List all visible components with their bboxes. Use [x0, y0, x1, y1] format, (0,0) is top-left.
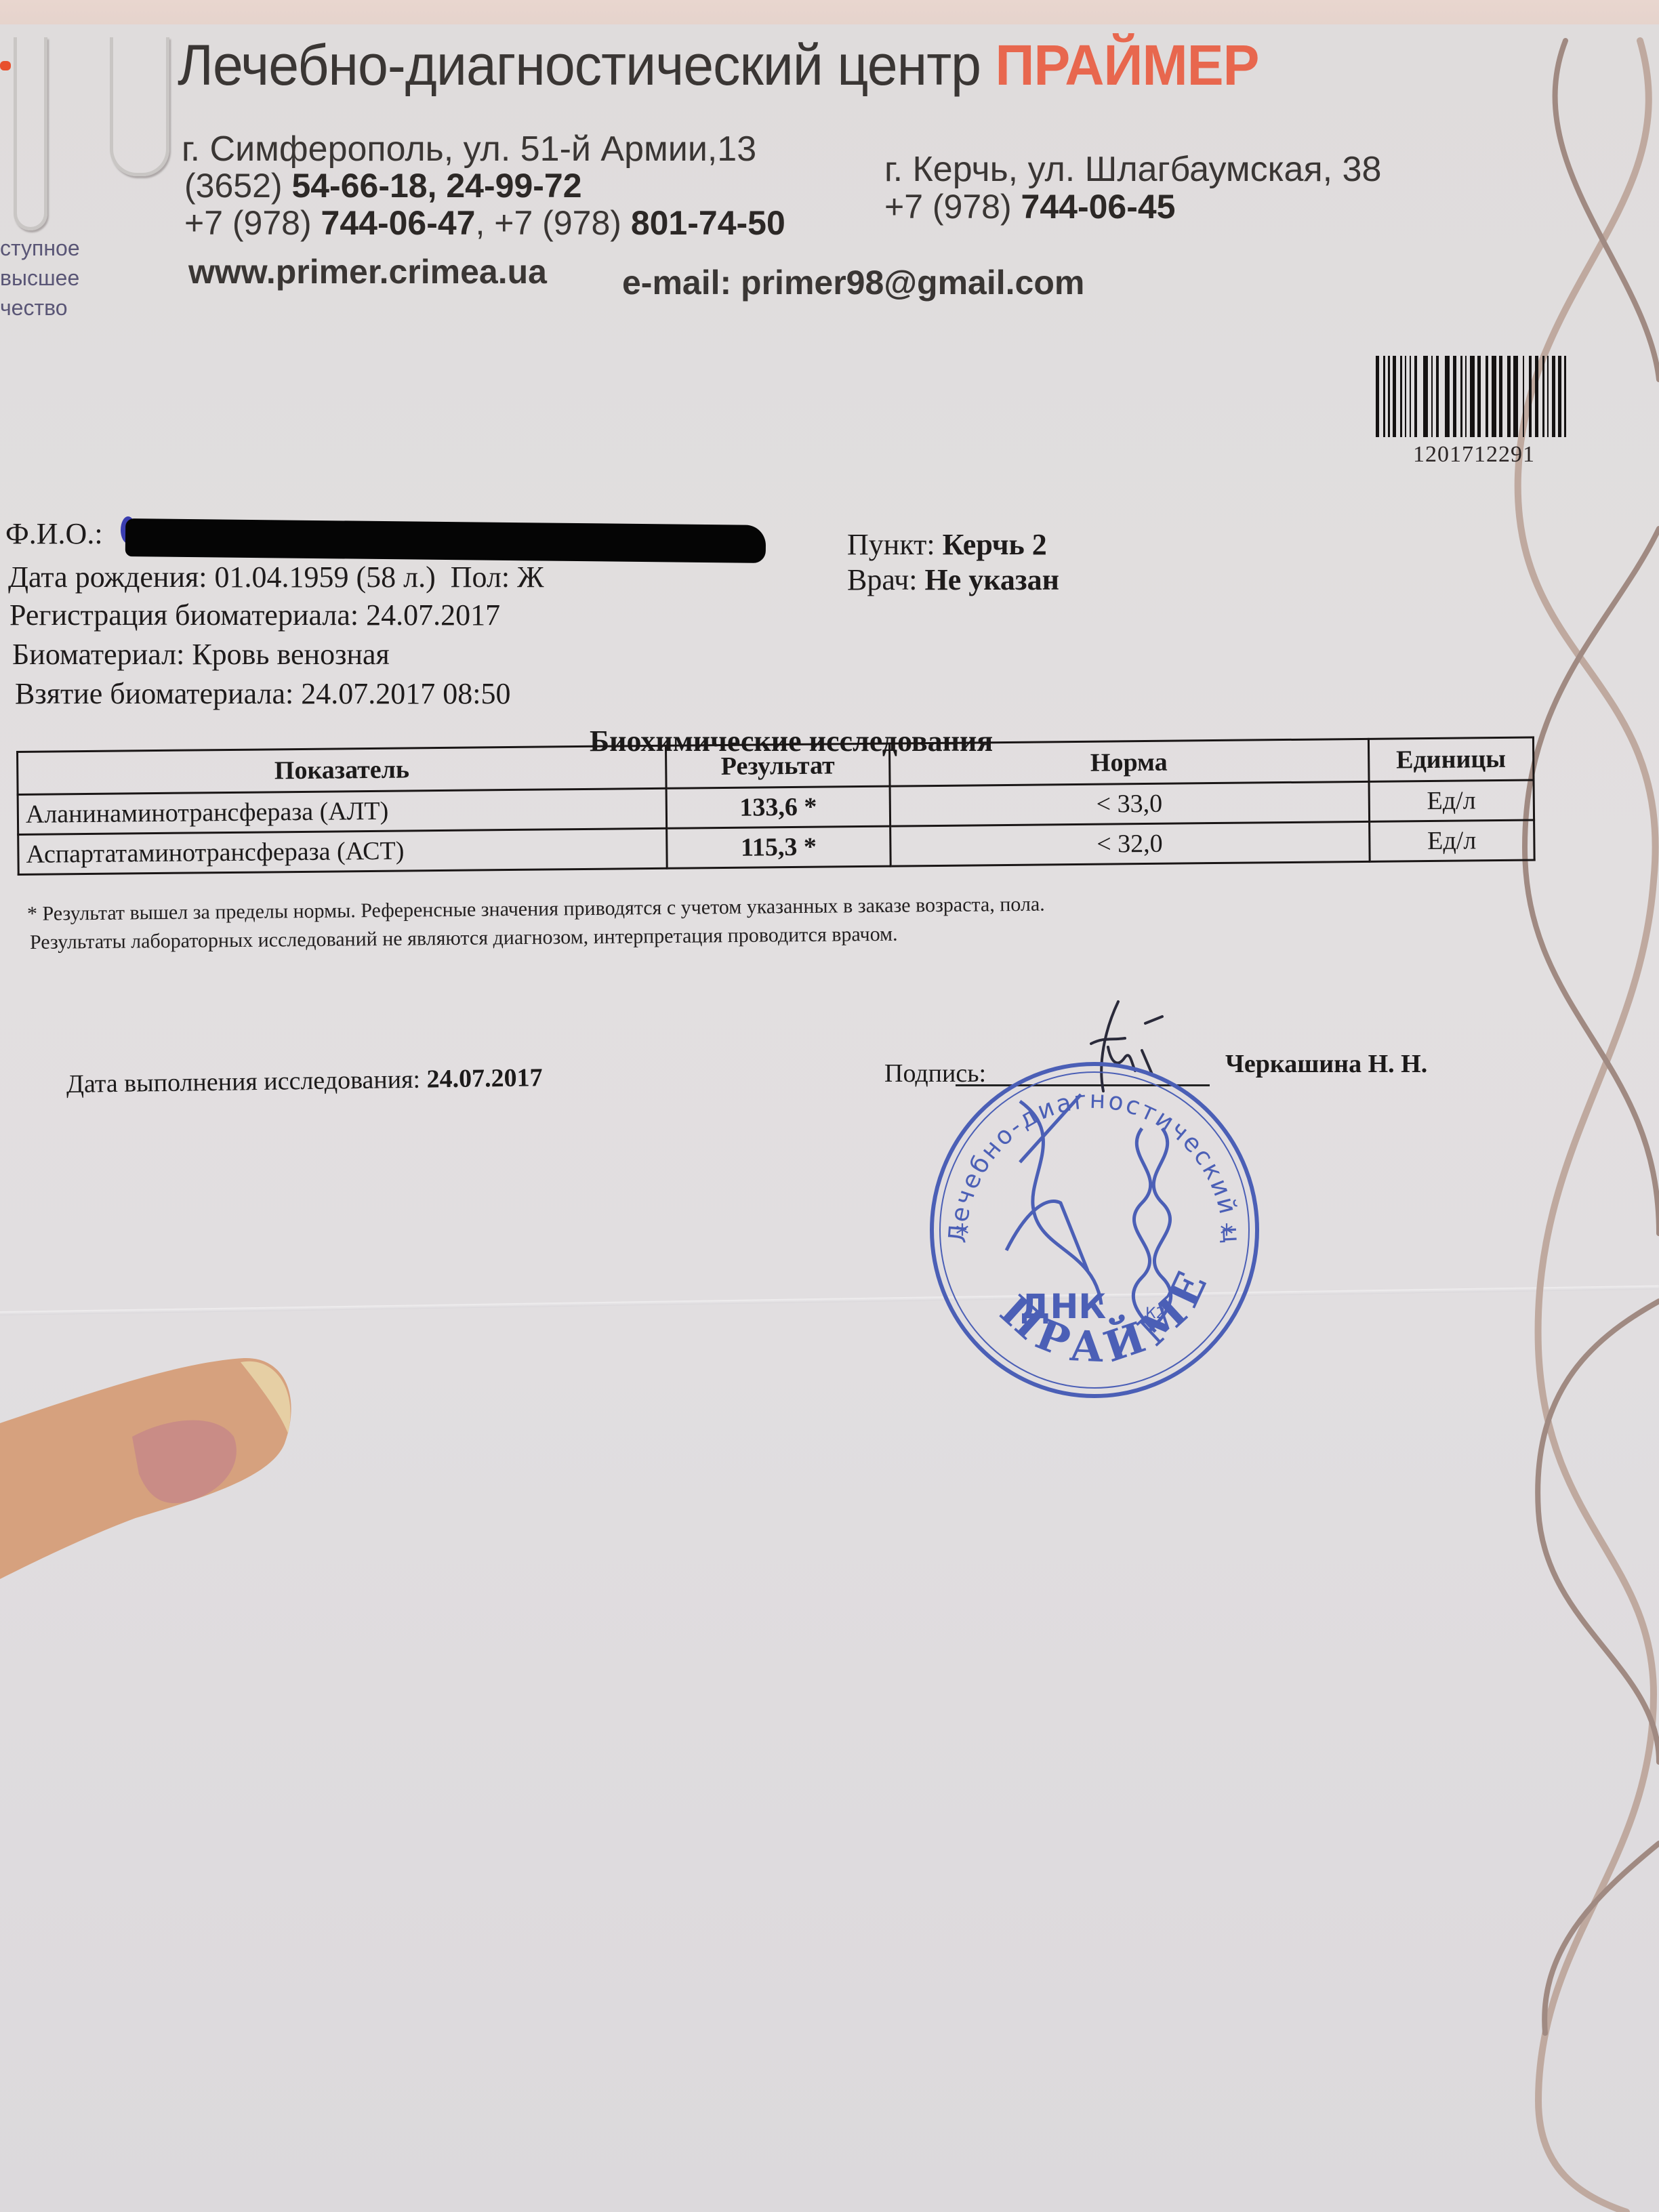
field-value: 24.07.2017	[366, 598, 500, 632]
field-value: Кровь венозная	[192, 638, 389, 671]
barcode-bar	[1423, 356, 1428, 437]
field-label: Дата выполнения исследования:	[66, 1065, 421, 1099]
patient-name-label: Ф.И.О.:	[5, 516, 103, 551]
barcode-bar	[1486, 356, 1489, 437]
column-header: Показатель	[18, 745, 667, 794]
barcode-bar	[1460, 356, 1462, 437]
phone-code: , +7 (978)	[476, 204, 621, 242]
barcode-bar	[1499, 356, 1502, 437]
barcode-bar	[1431, 356, 1433, 437]
barcode-bar	[1400, 356, 1401, 437]
clinic-title: Лечебно-диагностический центр ПРАЙМЕР	[178, 33, 1258, 98]
result-value: 133,6 *	[666, 786, 890, 828]
field-label: Пункт:	[847, 528, 935, 561]
barcode-number: 1201712291	[1413, 442, 1535, 468]
slogan-line: чество	[0, 293, 80, 323]
indicator-name: Аспартатаминотрансфераза (АСТ)	[18, 828, 668, 874]
lab-report-sheet	[0, 24, 1659, 2212]
column-header: Норма	[889, 739, 1369, 786]
field-value: 24.07.2017 08:50	[301, 677, 510, 710]
barcode-bar	[1436, 356, 1439, 437]
kerch-phone: +7 (978) 744-06-45	[884, 187, 1176, 226]
phone-code: (3652)	[184, 167, 283, 205]
norm-value: < 32,0	[890, 821, 1370, 866]
barcode-bar	[1564, 356, 1565, 437]
barcode-bar	[1542, 356, 1544, 437]
slogan-line: высшее	[0, 263, 80, 293]
simferopol-phones: (3652) 54-66-18, 24-99-72	[184, 166, 582, 205]
barcode-bar	[1410, 356, 1411, 437]
field-value: Ж	[517, 560, 544, 594]
barcode-bar	[1529, 356, 1532, 437]
stamp-ring-text: Лечебно-диагностический центр	[918, 1047, 1245, 1246]
doctor: Врач: Не указан	[847, 562, 1059, 597]
barcode-bar	[1535, 356, 1538, 437]
unit-value: Ед/л	[1369, 780, 1534, 821]
field-label: Биоматериал:	[12, 638, 184, 671]
field-label: Дата рождения:	[8, 560, 207, 594]
clinic-stamp: Лечебно-диагностический центр ПРАЙМЕР * …	[918, 1047, 1271, 1399]
stamp-mark: К2	[1145, 1305, 1166, 1322]
field-value: Керчь 2	[943, 528, 1047, 561]
column-header: Результат	[666, 743, 890, 788]
barcode-bar	[1552, 356, 1555, 437]
barcode-bar	[1470, 356, 1475, 437]
indicator-name: Аланинаминотрансфераза (АЛТ)	[18, 788, 667, 834]
field-label: Врач:	[847, 563, 917, 596]
phone-number: 744-06-47	[321, 204, 476, 242]
field-value: 24.07.2017	[426, 1063, 543, 1093]
biomaterial: Биоматериал: Кровь венозная	[12, 637, 390, 672]
clinic-brand: ПРАЙМЕР	[996, 33, 1259, 97]
barcode-bar	[1547, 356, 1549, 437]
barcode-bar	[1465, 356, 1467, 437]
svg-text:*: *	[1220, 1219, 1233, 1250]
barcode-bar	[1513, 356, 1518, 437]
barcode-bar	[1445, 356, 1450, 437]
finger-holding-paper	[0, 1349, 312, 1647]
unit-value: Ед/л	[1369, 820, 1534, 861]
birth-date: Дата рождения: 01.04.1959 (58 л.) Пол: Ж	[8, 560, 544, 594]
result-value: 115,3 *	[667, 826, 890, 868]
mobile-phones: +7 (978) 744-06-47, +7 (978) 801-74-50	[184, 203, 785, 243]
field-label: Пол:	[451, 560, 510, 594]
barcode-bar	[1492, 356, 1496, 437]
barcode-bar	[1376, 356, 1379, 437]
email-link[interactable]: e-mail: primer98@gmail.com	[622, 263, 1084, 302]
phone-code: +7 (978)	[884, 188, 1012, 226]
field-value: Не указан	[924, 563, 1059, 596]
barcode-bar	[1453, 356, 1456, 437]
collection-point: Пункт: Керчь 2	[847, 527, 1047, 562]
clinic-name: Лечебно-диагностический центр	[178, 33, 981, 97]
field-label: Регистрация биоматериала:	[9, 598, 359, 632]
svg-text:Лечебно-диагностический центр: Лечебно-диагностический центр	[918, 1047, 1245, 1246]
barcode-bar	[1477, 356, 1481, 437]
field-value: 01.04.1959 (58 л.)	[214, 560, 435, 594]
slogan-line: ступное	[0, 233, 80, 263]
field-label: Взятие биоматериала:	[15, 677, 293, 710]
website-link[interactable]: www.primer.crimea.ua	[188, 252, 547, 291]
phone-number: 744-06-45	[1021, 188, 1176, 226]
barcode-bar	[1507, 356, 1511, 437]
barcode-bar	[1405, 356, 1406, 437]
column-header: Единицы	[1368, 737, 1534, 781]
norm-value: < 33,0	[890, 781, 1370, 826]
barcode-bar	[1558, 356, 1561, 437]
phone-numbers: 54-66-18, 24-99-72	[291, 167, 581, 205]
collection-time: Взятие биоматериала: 24.07.2017 08:50	[15, 676, 510, 711]
barcode-bar	[1388, 356, 1389, 437]
clinic-slogan: ступное высшее чество	[0, 233, 80, 323]
barcode-bar	[1393, 356, 1396, 437]
simferopol-address: г. Симферополь, ул. 51-й Армии,13	[182, 129, 756, 169]
clinic-logo-fragment	[0, 61, 11, 70]
svg-text:*: *	[956, 1219, 969, 1250]
phone-code: +7 (978)	[184, 204, 312, 242]
barcode-bar	[1414, 356, 1418, 437]
phone-number: 801-74-50	[631, 204, 785, 242]
results-table: Показатель Результат Норма Единицы Алани…	[16, 736, 1536, 875]
paperclip-inner	[110, 37, 169, 176]
barcode-bar	[1523, 356, 1524, 437]
barcode-bar	[1383, 356, 1385, 437]
redacted-patient-name	[125, 518, 766, 563]
stamp-center-text: ДНК	[1020, 1287, 1106, 1326]
paperclip-outer	[14, 37, 47, 230]
barcode	[1376, 356, 1569, 437]
kerch-address: г. Керчь, ул. Шлагбаумская, 38	[884, 149, 1381, 190]
registration-date: Регистрация биоматериала: 24.07.2017	[9, 598, 500, 632]
